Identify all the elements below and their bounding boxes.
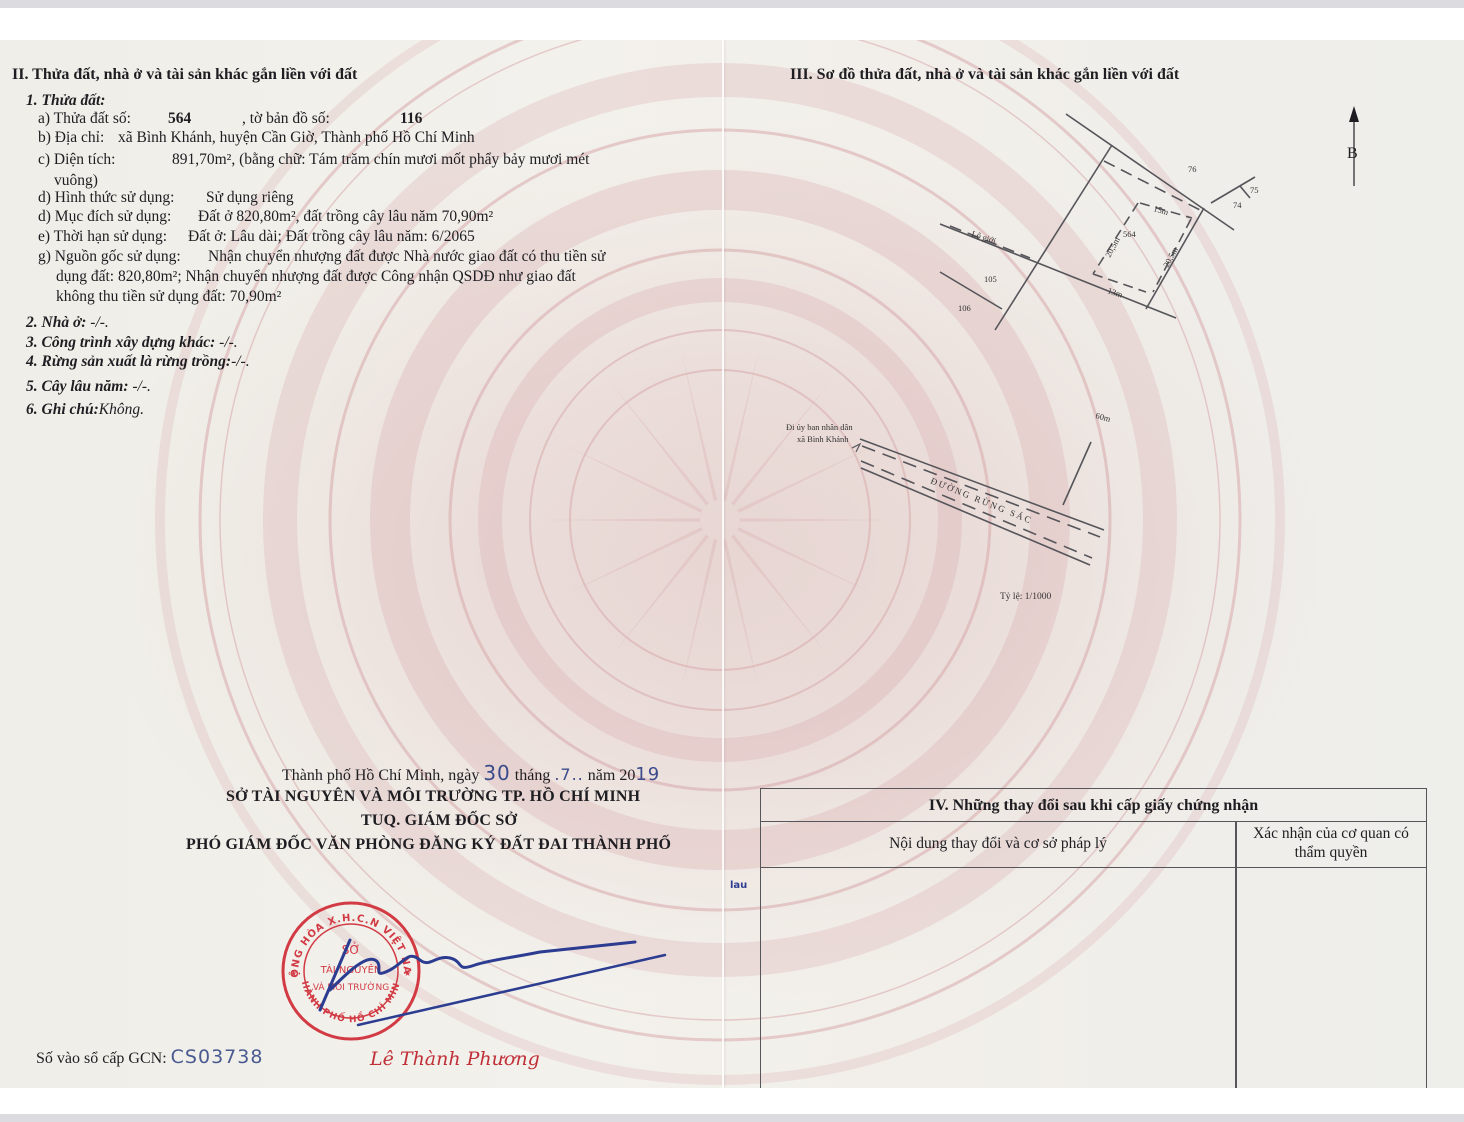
usage-form-label: d) Hình thức sử dụng: xyxy=(38,189,175,207)
usage-origin-line2: dụng đất: 820,80m²; Nhận chuyển nhượng đ… xyxy=(56,268,576,286)
neighbor-74: 74 xyxy=(1233,200,1242,210)
gcn-entry: Số vào sổ cấp GCN: CS03738 xyxy=(36,1048,263,1068)
map-sheet-value: 116 xyxy=(400,110,422,128)
neighbor-75: 75 xyxy=(1250,185,1259,195)
item-other-construction-label: 3. Công trình xây dựng khác: xyxy=(26,334,215,351)
item-perennial-value: -/-. xyxy=(132,378,151,395)
dim-top: 15m xyxy=(1152,203,1170,217)
issue-month: .7.. xyxy=(554,765,583,784)
place-date-prefix: Thành phố Hồ Chí Minh, ngày xyxy=(282,767,479,784)
item-other-construction: 3. Công trình xây dựng khác: -/-. xyxy=(26,334,238,352)
area-value-line1: 891,70m², (bằng chữ: Tám trăm chín mươi … xyxy=(172,151,589,169)
usage-purpose-value: Đất ở 820,80m², đất trồng cây lâu năm 70… xyxy=(198,208,493,226)
section-ii-title: II. Thửa đất, nhà ở và tài sản khác gắn … xyxy=(12,66,357,84)
usage-term-value: Đất ở: Lâu dài; Đất trồng cây lâu năm: 6… xyxy=(188,228,475,246)
usage-origin-label: g) Nguồn gốc sử dụng: xyxy=(38,248,181,266)
item-other-construction-value: -/-. xyxy=(219,334,238,351)
direction-line1: Đi ủy ban nhân dân xyxy=(786,422,853,432)
col-change-content: Nội dung thay đổi và cơ sở pháp lý xyxy=(761,822,1235,866)
month-label: tháng xyxy=(515,767,551,784)
parcel-diagram: B 76 75 74 564 15m 13m 20,5m 20,5m Lộ gi… xyxy=(760,60,1460,620)
col-authority-confirmation: Xác nhận của cơ quan có thẩm quyền xyxy=(1237,824,1425,862)
changes-table-header-row: Nội dung thay đổi và cơ sở pháp lý Xác n… xyxy=(761,822,1426,868)
signer-name: Lê Thành Phương xyxy=(370,1048,540,1070)
item-note-label: 6. Ghi chú: xyxy=(26,401,99,418)
area-label: c) Diện tích: xyxy=(38,151,115,169)
gcn-label: Số vào sổ cấp GCN: xyxy=(36,1050,167,1067)
on-behalf-of: TUQ. GIÁM ĐỐC SỞ xyxy=(361,812,517,830)
item-forest: 4. Rừng sản xuất là rừng trồng:-/-. xyxy=(26,353,250,371)
column-divider xyxy=(1235,822,1237,1088)
issue-day: 30 xyxy=(483,761,510,785)
item-forest-label: 4. Rừng sản xuất là rừng trồng: xyxy=(26,353,231,370)
usage-term-label: e) Thời hạn sử dụng: xyxy=(38,228,167,246)
parcel-number-value: 564 xyxy=(168,110,191,128)
dim-left: 20,5m xyxy=(1103,235,1122,259)
direction-line2: xã Bình Khánh xyxy=(797,434,849,444)
item-perennial-label: 5. Cây lâu năm: xyxy=(26,378,128,395)
item-forest-value: -/-. xyxy=(231,353,250,370)
usage-purpose-label: d) Mục đích sử dụng: xyxy=(38,208,171,226)
year-label: năm 20 xyxy=(588,767,636,784)
usage-origin-line3: không thu tiền sử dụng đất: 70,90m² xyxy=(56,288,281,306)
map-sheet-label: , tờ bản đồ số: xyxy=(242,110,330,128)
area-value-line2: vuông) xyxy=(54,172,98,190)
dim-bottom: 13m xyxy=(1106,285,1124,299)
bottom-border xyxy=(0,1114,1464,1122)
neighbor-105: 105 xyxy=(984,274,997,284)
north-label: B xyxy=(1347,145,1358,162)
road-name: ĐƯỜNG RỪNG SÁC xyxy=(929,476,1034,526)
item-house-value: -/-. xyxy=(90,314,109,331)
parcel-number-label: a) Thửa đất số: xyxy=(38,110,131,128)
neighbor-106: 106 xyxy=(958,303,971,313)
address-label: b) Địa chỉ: xyxy=(38,129,104,147)
address-value: xã Bình Khánh, huyện Cần Giờ, Thành phố … xyxy=(118,129,475,147)
item-note-value: Không. xyxy=(99,401,144,418)
neighbor-76: 76 xyxy=(1188,164,1197,174)
place-date-line: Thành phố Hồ Chí Minh, ngày 30 tháng .7.… xyxy=(282,764,660,785)
authority-name: SỞ TÀI NGUYÊN VÀ MÔI TRƯỜNG TP. HỒ CHÍ M… xyxy=(226,788,640,806)
land-certificate-page: II. Thửa đất, nhà ở và tài sản khác gắn … xyxy=(0,40,1464,1088)
changes-table: IV. Những thay đổi sau khi cấp giấy chứn… xyxy=(760,788,1427,1088)
handwritten-initials: lau xyxy=(730,880,747,891)
issue-year-suffix: 19 xyxy=(635,764,660,785)
page-fold xyxy=(722,40,724,1088)
dim-right: 20,5m xyxy=(1161,245,1180,269)
signer-title: PHÓ GIÁM ĐỐC VĂN PHÒNG ĐĂNG KÝ ĐẤT ĐAI T… xyxy=(186,836,671,854)
distance-label: 60m xyxy=(1094,410,1112,424)
item-house-label: 2. Nhà ở: xyxy=(26,314,86,331)
path-label: Lộ giới xyxy=(970,228,998,245)
gcn-number: CS03738 xyxy=(171,1046,264,1068)
parcel-id: 564 xyxy=(1123,229,1137,239)
item-house: 2. Nhà ở: -/-. xyxy=(26,314,109,332)
changes-table-title: IV. Những thay đổi sau khi cấp giấy chứn… xyxy=(761,789,1426,822)
signature xyxy=(290,920,670,1030)
scale-label: Tỷ lệ: 1/1000 xyxy=(1000,592,1051,602)
usage-origin-line1: Nhận chuyển nhượng đất được Nhà nước gia… xyxy=(208,248,605,266)
item-note: 6. Ghi chú:Không. xyxy=(26,401,144,419)
usage-form-value: Sử dụng riêng xyxy=(206,189,294,207)
item-perennial-trees: 5. Cây lâu năm: -/-. xyxy=(26,378,151,396)
land-heading: 1. Thửa đất: xyxy=(26,92,105,110)
top-border xyxy=(0,0,1464,8)
